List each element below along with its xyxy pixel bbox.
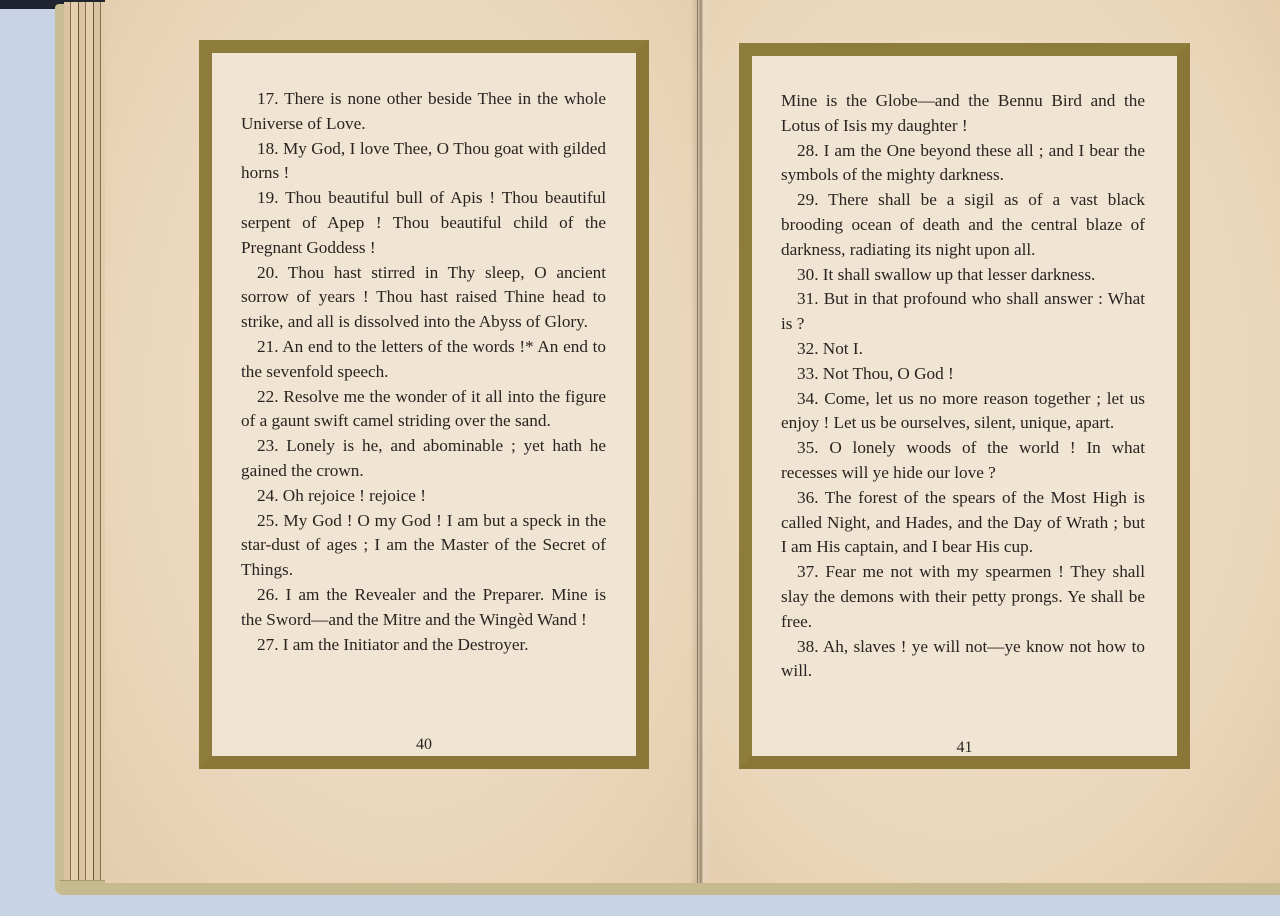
verse: 18. My God, I love Thee, O Thou goat wit… [241,137,606,187]
verse: 20. Thou hast stirred in Thy sleep, O an… [241,261,606,335]
verse-number: 25. [257,511,278,530]
verse: 38. Ah, slaves ! ye will not—ye know not… [781,635,1145,685]
verse-text: It shall swallow up that lesser darkness… [823,265,1096,284]
left-page-text: 17. There is none other beside Thee in t… [241,87,606,657]
verse: 37. Fear me not with my spearmen ! They … [781,560,1145,634]
verse-number: 17. [257,89,278,108]
verse: 19. Thou beautiful bull of Apis ! Thou b… [241,186,606,260]
verse-number: 24. [257,486,278,505]
verse: 22. Resolve me the wonder of it all into… [241,385,606,435]
verse-text: Not I. [823,339,863,358]
verse: 17. There is none other beside Thee in t… [241,87,606,137]
verse-text: Lonely is he, and abominable ; yet hath … [241,436,606,480]
verse-number: 30. [797,265,818,284]
verse-number: 20. [257,263,278,282]
verse: 29. There shall be a sigil as of a vast … [781,188,1145,262]
verse: 23. Lonely is he, and abominable ; yet h… [241,434,606,484]
verse-text: There is none other beside Thee in the w… [241,89,606,133]
verse-text: Fear me not with my spearmen ! They shal… [781,562,1145,631]
verse-number: 26. [257,585,278,604]
verse-text: O lonely woods of the world ! In what re… [781,438,1145,482]
verse-number: 23. [257,436,278,455]
verse-number: 37. [797,562,818,581]
verse-number: 35. [797,438,818,457]
verse-number: 19. [257,188,278,207]
verse: 34. Come, let us no more reason together… [781,387,1145,437]
verse-number: 22. [257,387,278,406]
verse-number: 28. [797,141,818,160]
verse-text: I am the Revealer and the Preparer. Mine… [241,585,606,629]
verse: 28. I am the One beyond these all ; and … [781,139,1145,189]
verse-number: 33. [797,364,818,383]
verse-number: 32. [797,339,818,358]
verse-text: The forest of the spears of the Most Hig… [781,488,1145,557]
verse-number: 36. [797,488,818,507]
verse: 26. I am the Revealer and the Preparer. … [241,583,606,633]
verse: 36. The forest of the spears of the Most… [781,486,1145,560]
verse-text: I am the Initiator and the Destroyer. [283,635,529,654]
verse: 31. But in that profound who shall answe… [781,287,1145,337]
verse-number: 34. [797,389,818,408]
verse-text: An end to the letters of the words !* An… [241,337,606,381]
page-number: 41 [752,739,1177,757]
book-gutter [690,0,712,883]
right-page-gold-frame: Mine is the Globe—and the Bennu Bird and… [739,43,1190,769]
verse: 33. Not Thou, O God ! [781,362,1145,387]
verse-text: Oh rejoice ! rejoice ! [283,486,426,505]
verse-text: Not Thou, O God ! [823,364,954,383]
verse-text: Come, let us no more reason together ; l… [781,389,1145,433]
verse-number: 27. [257,635,278,654]
page-number: 40 [212,736,636,754]
verse: 25. My God ! O my God ! I am but a speck… [241,509,606,583]
verse-text: Thou beautiful bull of Apis ! Thou beaut… [241,188,606,257]
verse: 21. An end to the letters of the words !… [241,335,606,385]
verse-number: 18. [257,139,278,158]
verse: 30. It shall swallow up that lesser dark… [781,263,1145,288]
verse-number: 21. [257,337,278,356]
verse: 24. Oh rejoice ! rejoice ! [241,484,606,509]
verse-number: 29. [797,190,818,209]
verse-text: I am the One beyond these all ; and I be… [781,141,1145,185]
verse-text: Thou hast stirred in Thy sleep, O ancien… [241,263,606,332]
verse-text: My God, I love Thee, O Thou goat with gi… [241,139,606,183]
left-page-gold-frame: 17. There is none other beside Thee in t… [199,40,649,769]
verse-text: Ah, slaves ! ye will not—ye know not how… [781,637,1145,681]
verse-continuation: Mine is the Globe—and the Bennu Bird and… [781,89,1145,139]
verse-text: But in that profound who shall answer : … [781,289,1145,333]
verse: 27. I am the Initiator and the Destroyer… [241,633,606,658]
verse-text: There shall be a sigil as of a vast blac… [781,190,1145,259]
verse-text: My God ! O my God ! I am but a speck in … [241,511,606,580]
verse: 35. O lonely woods of the world ! In wha… [781,436,1145,486]
verse: 32. Not I. [781,337,1145,362]
verse-number: 38. [797,637,818,656]
verse-number: 31. [797,289,818,308]
right-page-text: Mine is the Globe—and the Bennu Bird and… [781,89,1145,684]
verse-text: Resolve me the wonder of it all into the… [241,387,606,431]
